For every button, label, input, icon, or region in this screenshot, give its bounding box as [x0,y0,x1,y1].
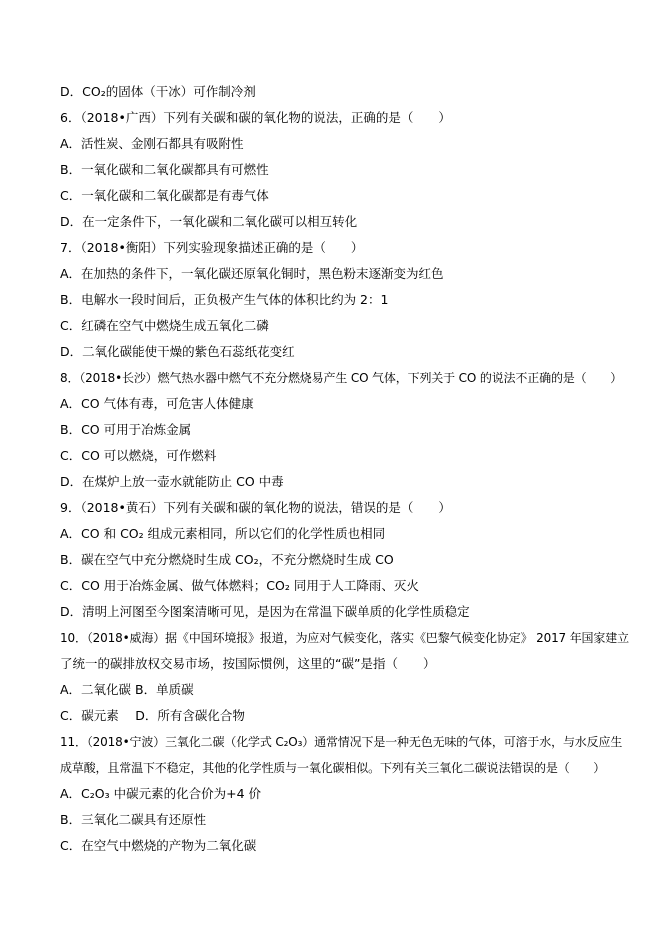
option-7c: C．红磷在空气中燃烧生成五氧化二磷 [60,316,269,336]
option-11b-c: B．三氧化二碳具有还原性 [60,810,206,830]
option-8a: A．CO 气体有毒，可危害人体健康 [60,394,254,414]
question-11-continued: 成草酸，且常温下不稳定，其他的化学性质与一氧化碳相似。下列有关三氧化二碳说法错误… [60,758,605,778]
option-8b: B．CO 可用于冶炼金属 [60,420,191,440]
option-6c: C．一氧化碳和二氧化碳都是有毒气体 [60,186,269,206]
option-7a: A．在加热的条件下，一氧化碳还原氧化铜时，黑色粉末逐渐变为红色 [60,264,444,284]
question-8: 8．（2018•长沙）燃气热水器中燃气不充分燃烧易产生 CO 气体，下列关于 C… [60,368,622,388]
question-10-continued: 了统一的碳排放权交易市场，按国际惯例，这里的“碳”是指（ ） [60,654,435,674]
question-7: 7．（2018•衡阳）下列实验现象描述正确的是（ ） [60,238,363,258]
option-6a: A．活性炭、金刚石都具有吸附性 [60,134,244,154]
option-10cd: C．碳元素 D．所有含碳化合物 [60,706,245,726]
option-10ab: A．二氧化碳 B．单质碳 [60,680,194,700]
option-9a: A．CO 和 CO₂ 组成元素相同，所以它们的化学性质也相同 [60,524,385,544]
document-page: D．CO₂的固体（干冰）可作制冷剂 6．（2018•广西）下列有关碳和碳的氧化物… [0,0,661,935]
option-7b: B．电解水一段时间后，正负极产生气体的体积比约为 2：1 [60,290,388,310]
option-5d: D．CO₂的固体（干冰）可作制冷剂 [60,82,256,102]
option-11c: C．在空气中燃烧的产物为二氧化碳 [60,836,256,856]
option-11a: A．C₂O₃ 中碳元素的化合价为+4 价 [60,784,261,804]
question-6: 6．（2018•广西）下列有关碳和碳的氧化物的说法，正确的是（ ） [60,108,451,128]
option-8d: D．在煤炉上放一壶水就能防止 CO 中毒 [60,472,284,492]
question-9: 9．（2018•黄石）下列有关碳和碳的氧化物的说法，错误的是（ ） [60,498,451,518]
option-7d: D．二氧化碳能使干燥的紫色石蕊纸花变红 [60,342,295,362]
option-6b: B．一氧化碳和二氧化碳都具有可燃性 [60,160,269,180]
option-9c: C．CO 用于冶炼金属、做气体燃料；CO₂ 同用于人工降雨、灭火 [60,576,419,596]
option-6d: D．在一定条件下，一氧化碳和二氧化碳可以相互转化 [60,212,357,232]
option-9b: B．碳在空气中充分燃烧时生成 CO₂，不充分燃烧时生成 CO [60,550,394,570]
question-11: 11．（2018•宁波）三氧化二碳（化学式 C₂O₃）通常情况下是一种无色无味的… [60,732,622,752]
question-10: 10．（2018•威海）据《中国环境报》报道，为应对气候变化，落实《巴黎气候变化… [60,628,629,648]
option-9d: D．清明上河图至今图案清晰可见，是因为在常温下碳单质的化学性质稳定 [60,602,470,622]
option-8c: C．CO 可以燃烧，可作燃料 [60,446,216,466]
